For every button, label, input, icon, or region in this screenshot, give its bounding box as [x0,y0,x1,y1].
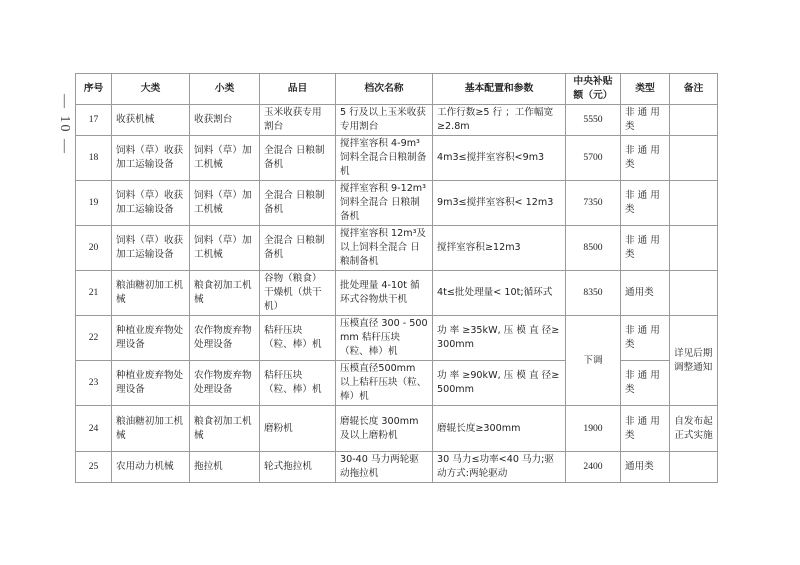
cell-minor: 农作物废弃物处理设备 [190,316,260,361]
cell-config: 4t≤批处理量< 10t;循环式 [433,271,566,316]
header-item: 品目 [260,74,336,105]
cell-config: 功 率 ≥35kW, 压 模 直 径≥300mm [433,316,566,361]
cell-config: 搅拌室容积≥12m3 [433,226,566,271]
cell-subsidy: 1900 [566,406,621,452]
cell-grade: 30-40 马力两轮驱动拖拉机 [336,452,433,483]
cell-major: 饲料（草）收获加工运输设备 [112,226,190,271]
cell-minor: 粮食初加工机械 [190,406,260,452]
cell-major: 农用动力机械 [112,452,190,483]
cell-no: 21 [76,271,112,316]
table-row: 19 饲料（草）收获加工运输设备 饲料（草）加工机械 全混合 日粮制备机 搅拌室… [76,181,718,226]
cell-item: 玉米收获专用割台 [260,105,336,136]
header-note: 备注 [670,74,718,105]
table-row: 24 粮油糖初加工机械 粮食初加工机械 磨粉机 磨辊长度 300mm 及以上磨粉… [76,406,718,452]
cell-item: 谷物（粮食）干燥机（烘干机） [260,271,336,316]
table-row: 25 农用动力机械 拖拉机 轮式拖拉机 30-40 马力两轮驱动拖拉机 30 马… [76,452,718,483]
cell-no: 24 [76,406,112,452]
cell-major: 粮油糖初加工机械 [112,271,190,316]
header-type: 类型 [621,74,670,105]
cell-subsidy: 5700 [566,136,621,181]
header-config: 基本配置和参数 [433,74,566,105]
cell-minor: 饲料（草）加工机械 [190,181,260,226]
cell-major: 饲料（草）收获加工运输设备 [112,136,190,181]
cell-item: 磨粉机 [260,406,336,452]
cell-no: 25 [76,452,112,483]
cell-subsidy: 5550 [566,105,621,136]
cell-config: 4m3≤搅拌室容积<9m3 [433,136,566,181]
cell-item: 全混合 日粮制备机 [260,181,336,226]
table-row: 20 饲料（草）收获加工运输设备 饲料（草）加工机械 全混合 日粮制备机 搅拌室… [76,226,718,271]
table-row: 21 粮油糖初加工机械 粮食初加工机械 谷物（粮食）干燥机（烘干机） 批处理量 … [76,271,718,316]
cell-grade: 搅拌室容积 9-12m³饲料全混合 日粮制备机 [336,181,433,226]
cell-note [670,226,718,271]
header-minor: 小类 [190,74,260,105]
cell-minor: 拖拉机 [190,452,260,483]
cell-no: 18 [76,136,112,181]
cell-item: 全混合 日粮制备机 [260,226,336,271]
cell-minor: 饲料（草）加工机械 [190,226,260,271]
cell-major: 种植业废弃物处理设备 [112,361,190,406]
cell-major: 粮油糖初加工机械 [112,406,190,452]
cell-no: 23 [76,361,112,406]
header-grade: 档次名称 [336,74,433,105]
cell-grade: 搅拌室容积 4-9m³饲料全混合日粮制备机 [336,136,433,181]
cell-minor: 饲料（草）加工机械 [190,136,260,181]
cell-no: 17 [76,105,112,136]
cell-type: 非 通 用类 [621,316,670,361]
cell-major: 种植业废弃物处理设备 [112,316,190,361]
subsidy-table: 序号 大类 小类 品目 档次名称 基本配置和参数 中央补贴额（元） 类型 备注 … [75,73,718,483]
cell-note: 详见后期调整通知 [670,316,718,406]
cell-type: 非 通 用类 [621,226,670,271]
cell-grade: 5 行及以上玉米收获专用割台 [336,105,433,136]
cell-no: 22 [76,316,112,361]
cell-type: 非 通 用类 [621,105,670,136]
cell-subsidy: 2400 [566,452,621,483]
cell-config: 功 率 ≥90kW, 压 模 直 径≥500mm [433,361,566,406]
cell-grade: 压模直径 300 - 500mm 秸秆压块（粒、棒）机 [336,316,433,361]
cell-type: 非 通 用类 [621,136,670,181]
cell-minor: 农作物废弃物处理设备 [190,361,260,406]
table-row: 18 饲料（草）收获加工运输设备 饲料（草）加工机械 全混合 日粮制备机 搅拌室… [76,136,718,181]
cell-grade: 搅拌室容积 12m³及以上饲料全混合 日粮制备机 [336,226,433,271]
cell-item: 秸秆压块（粒、棒）机 [260,361,336,406]
cell-grade: 压模直径500mm 以上秸秆压块（粒、棒）机 [336,361,433,406]
cell-note [670,271,718,316]
cell-subsidy: 8350 [566,271,621,316]
cell-no: 20 [76,226,112,271]
cell-config: 30 马力≤功率<40 马力;驱动方式:两轮驱动 [433,452,566,483]
cell-note: 自发布起正式实施 [670,406,718,452]
table-row: 23 种植业废弃物处理设备 农作物废弃物处理设备 秸秆压块（粒、棒）机 压模直径… [76,361,718,406]
cell-minor: 收获割台 [190,105,260,136]
cell-note [670,136,718,181]
table-row: 17 收获机械 收获割台 玉米收获专用割台 5 行及以上玉米收获专用割台 工作行… [76,105,718,136]
header-no: 序号 [76,74,112,105]
cell-note [670,105,718,136]
table-header-row: 序号 大类 小类 品目 档次名称 基本配置和参数 中央补贴额（元） 类型 备注 [76,74,718,105]
cell-type: 通用类 [621,452,670,483]
cell-subsidy: 7350 [566,181,621,226]
cell-grade: 批处理量 4-10t 循环式谷物烘干机 [336,271,433,316]
cell-note [670,452,718,483]
cell-type: 非 通 用类 [621,361,670,406]
cell-type: 非 通 用类 [621,406,670,452]
cell-grade: 磨辊长度 300mm 及以上磨粉机 [336,406,433,452]
cell-note [670,181,718,226]
cell-major: 收获机械 [112,105,190,136]
cell-minor: 粮食初加工机械 [190,271,260,316]
cell-type: 非 通 用类 [621,181,670,226]
page-number: — 10 — [52,84,72,164]
header-subsidy: 中央补贴额（元） [566,74,621,105]
cell-config: 工作行数≥5 行 ；工作幅宽≥2.8m [433,105,566,136]
cell-major: 饲料（草）收获加工运输设备 [112,181,190,226]
cell-config: 磨辊长度≥300mm [433,406,566,452]
header-major: 大类 [112,74,190,105]
cell-item: 秸秆压块（粒、棒）机 [260,316,336,361]
cell-type: 通用类 [621,271,670,316]
cell-no: 19 [76,181,112,226]
cell-item: 轮式拖拉机 [260,452,336,483]
cell-subsidy: 下调 [566,316,621,406]
cell-config: 9m3≤搅拌室容积< 12m3 [433,181,566,226]
cell-subsidy: 8500 [566,226,621,271]
table-row: 22 种植业废弃物处理设备 农作物废弃物处理设备 秸秆压块（粒、棒）机 压模直径… [76,316,718,361]
cell-item: 全混合 日粮制备机 [260,136,336,181]
